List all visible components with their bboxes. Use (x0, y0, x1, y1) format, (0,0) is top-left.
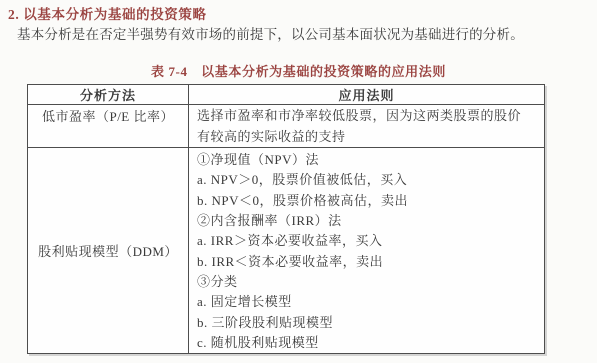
rule-line-three-stage: b. 三阶段股利贴现模型 (197, 313, 542, 333)
table-caption: 表 7-4 以基本分析为基础的投资策略的应用法则 (0, 61, 597, 80)
table-row: 低市盈率（P/E 比率） 选择市盈率和市净率较低股票，因为这两类股票的股价有较高… (28, 105, 545, 148)
intro-paragraph: 基本分析是在否定半强势有效市场的前提下，以公司基本面状况为基础进行的分析。 (17, 26, 583, 44)
rule-line-irr-greater: a. IRR＞资本必要收益率，买入 (197, 231, 542, 251)
rule-line-irr-method: ②内含报酬率（IRR）法 (197, 211, 542, 231)
rule-line-fixed-growth: a. 固定增长模型 (197, 292, 542, 312)
rule-line-npv-negative: b. NPV＜0，股票价格被高估，卖出 (197, 191, 542, 211)
investment-rules-table: 分析方法 应用法则 低市盈率（P/E 比率） 选择市盈率和市净率较低股票，因为这… (27, 84, 545, 354)
section-heading: 2. 以基本分析为基础的投资策略 (8, 3, 207, 23)
rule-cell-ddm: ①净现值（NPV）法 a. NPV＞0，股票价值被低估，买入 b. NPV＜0，… (189, 148, 545, 354)
table-header-row: 分析方法 应用法则 (28, 85, 545, 105)
method-cell-pe-ratio: 低市盈率（P/E 比率） (28, 105, 189, 148)
rule-line-npv-positive: a. NPV＞0，股票价值被低估，买入 (197, 170, 542, 190)
table-row: 股利贴现模型（DDM） ①净现值（NPV）法 a. NPV＞0，股票价值被低估，… (28, 148, 545, 354)
rule-line-classification: ③分类 (197, 272, 542, 292)
rule-line-npv-method: ①净现值（NPV）法 (197, 150, 542, 170)
column-header-method: 分析方法 (28, 85, 189, 105)
rule-cell-pe-ratio: 选择市盈率和市净率较低股票，因为这两类股票的股价有较高的实际收益的支持 (189, 105, 545, 148)
rule-line-stochastic: c. 随机股利贴现模型 (197, 333, 542, 353)
rule-line-irr-less: b. IRR＜资本必要收益率，卖出 (197, 252, 542, 272)
method-cell-ddm: 股利贴现模型（DDM） (28, 148, 189, 354)
column-header-rules: 应用法则 (189, 85, 545, 105)
